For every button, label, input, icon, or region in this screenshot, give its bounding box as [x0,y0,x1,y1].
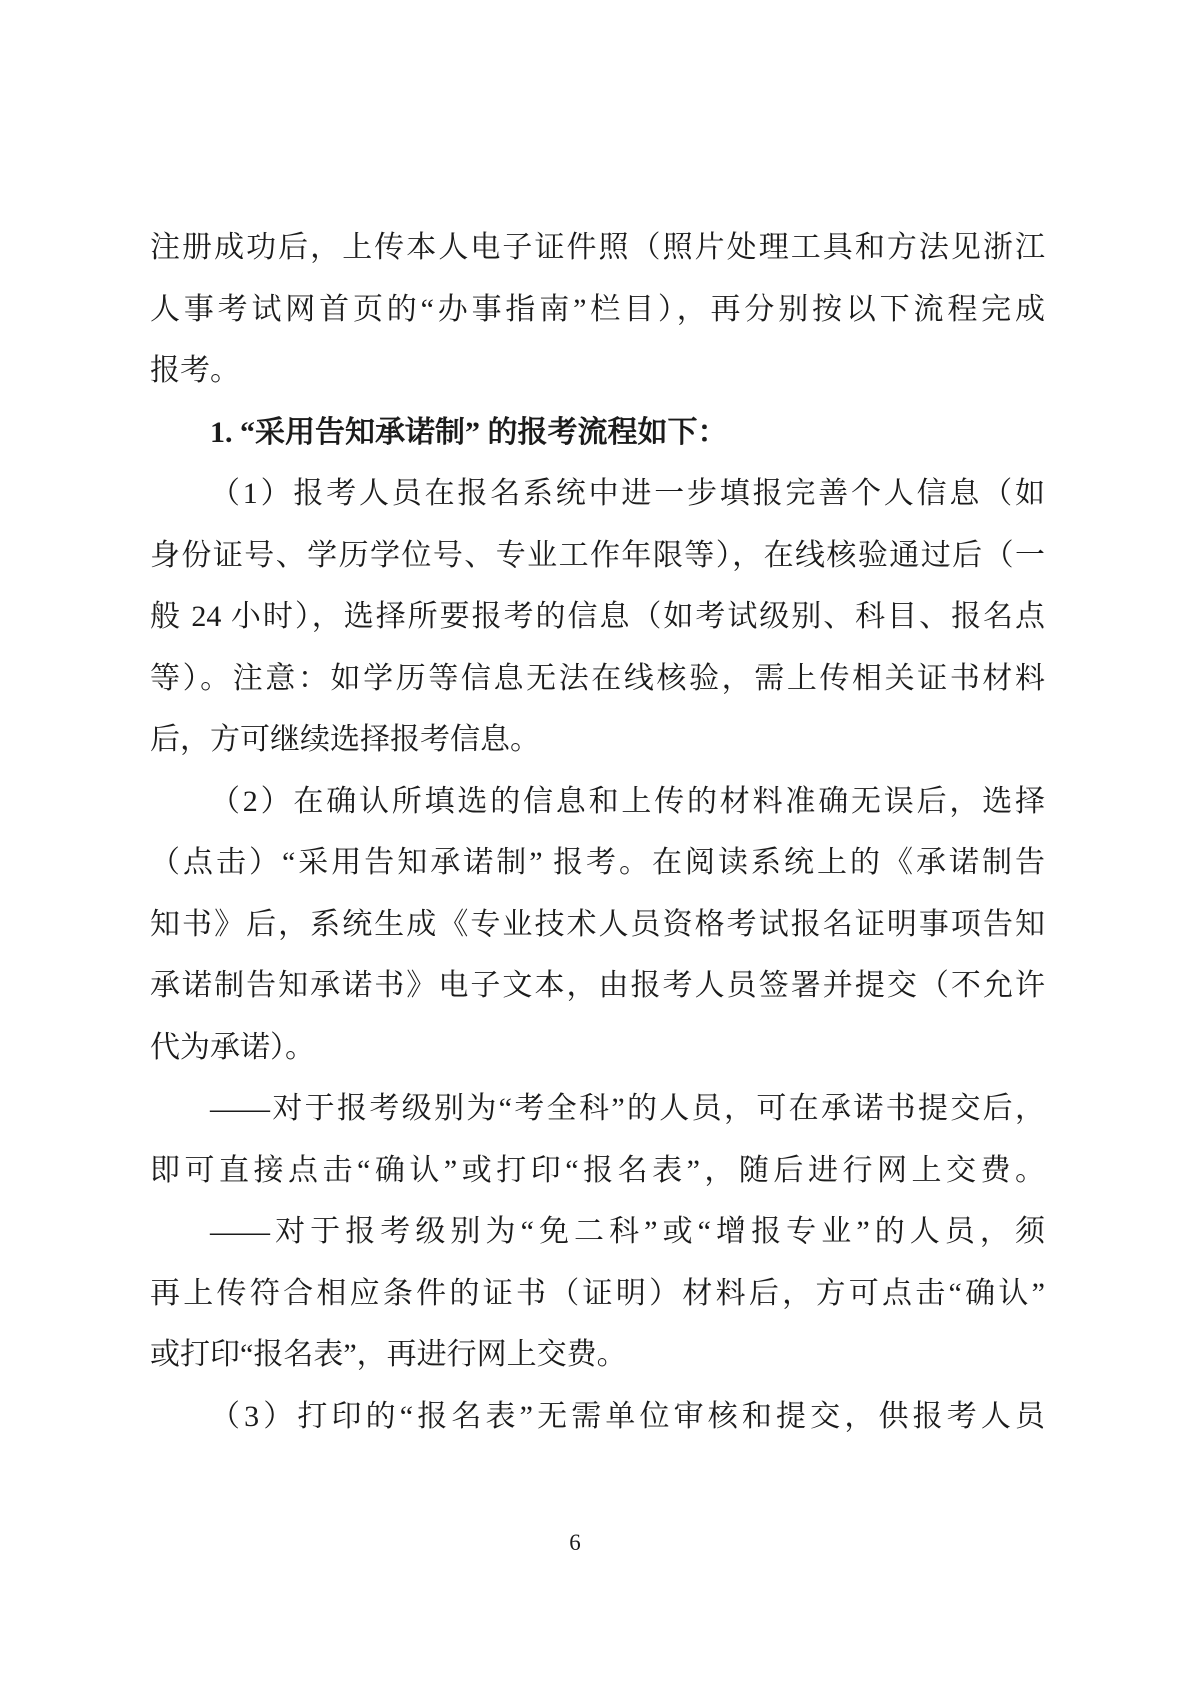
text-line: ——对于报考级别为“考全科”的人员，可在承诺书提交后， [150,1078,1045,1140]
text-line: （2）在确认所填选的信息和上传的材料准确无误后，选择 [150,771,1045,833]
text-line: 代为承诺）。 [150,1017,1045,1079]
page-number: 6 [0,1528,1150,1558]
text-line: 注册成功后，上传本人电子证件照（照片处理工具和方法见浙江 [150,217,1045,279]
text-line: ——对于报考级别为“免二科”或“增报专业”的人员，须 [150,1201,1045,1263]
text-line: 即可直接点击“确认”或打印“报名表”，随后进行网上交费。 [150,1140,1045,1202]
text-line: 再上传符合相应条件的证书（证明）材料后，方可点击“确认” [150,1263,1045,1325]
text-line: （点击）“采用告知承诺制” 报考。在阅读系统上的《承诺制告 [150,832,1045,894]
text-line: 或打印“报名表”，再进行网上交费。 [150,1324,1045,1386]
text-line: 人事考试网首页的“办事指南”栏目），再分别按以下流程完成 [150,279,1045,341]
text-line: 身份证号、学历学位号、专业工作年限等），在线核验通过后（一 [150,525,1045,587]
document-body: 注册成功后，上传本人电子证件照（照片处理工具和方法见浙江 人事考试网首页的“办事… [150,217,1045,1447]
text-line: （3）打印的“报名表”无需单位审核和提交，供报考人员 [150,1386,1045,1448]
document-page: 注册成功后，上传本人电子证件照（照片处理工具和方法见浙江 人事考试网首页的“办事… [0,0,1190,1683]
text-line: 般 24 小时），选择所要报考的信息（如考试级别、科目、报名点 [150,586,1045,648]
section-heading: 1. “采用告知承诺制” 的报考流程如下： [150,402,1045,464]
text-line: 报考。 [150,340,1045,402]
text-line: （1）报考人员在报名系统中进一步填报完善个人信息（如 [150,463,1045,525]
text-line: 后，方可继续选择报考信息。 [150,709,1045,771]
text-line: 等）。注意：如学历等信息无法在线核验，需上传相关证书材料 [150,648,1045,710]
text-line: 承诺制告知承诺书》电子文本，由报考人员签署并提交（不允许 [150,955,1045,1017]
text-line: 知书》后，系统生成《专业技术人员资格考试报名证明事项告知 [150,894,1045,956]
